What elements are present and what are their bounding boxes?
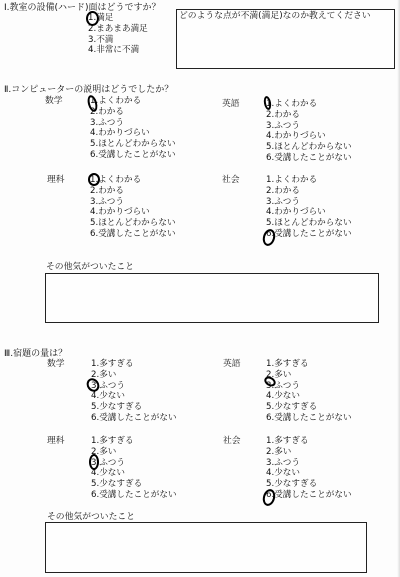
section1-comment-box[interactable]: どのような点が不満(満足)なのか教えてください — [176, 9, 395, 69]
section2-title: Ⅱ.コンピューターの説明はどうでしたか？ — [4, 85, 173, 96]
section3-social-options: 1.多すぎる 2.多い 3.ふつう 4.少ない 5.少なすぎる 6.受講したこと… — [266, 436, 352, 501]
subject-label: 理科 — [47, 436, 65, 447]
option[interactable]: 5.ほとんどわからない — [90, 218, 176, 229]
option[interactable]: 6.受講したことがない — [91, 413, 177, 424]
option[interactable]: 2.多い — [266, 447, 352, 458]
subject-label: 理科 — [47, 175, 65, 186]
option[interactable]: 6.受講したことがない — [90, 229, 176, 240]
section2-science-options: 1.よくわかる 2.わかる 3.ふつう 4.わかりづらい 5.ほとんどわからない… — [90, 175, 176, 240]
section3-math-options: 1.多すぎる 2.多い 3.ふつう 4.少ない 5.少なすぎる 6.受講したこと… — [91, 359, 177, 424]
subject-label: 社会 — [223, 436, 241, 447]
option[interactable]: 6.受講したことがない — [266, 153, 352, 164]
option[interactable]: 1.多すぎる — [91, 359, 177, 370]
section3-english-options: 1.多すぎる 2.多い 3.ふつう 4.少ない 5.少なすぎる 6.受講したこと… — [266, 359, 352, 424]
option[interactable]: 1.満足 — [88, 13, 148, 24]
option[interactable]: 4.少ない — [91, 391, 177, 402]
option[interactable]: 6.受講したことがない — [266, 490, 352, 501]
option[interactable]: 4.わかりづらい — [90, 128, 176, 139]
option[interactable]: 5.ほとんどわからない — [90, 139, 176, 150]
subject-label: 数学 — [47, 359, 65, 370]
option[interactable]: 1.よくわかる — [266, 99, 352, 110]
option[interactable]: 3.ふつう — [91, 458, 177, 469]
subject-label: 数学 — [45, 96, 63, 107]
option[interactable]: 5.少なすぎる — [266, 402, 352, 413]
option[interactable]: 3.ふつう — [266, 458, 352, 469]
option[interactable]: 2.わかる — [90, 107, 176, 118]
option[interactable]: 1.よくわかる — [266, 175, 352, 186]
option[interactable]: 2.わかる — [266, 110, 352, 121]
section3-notes-box[interactable] — [45, 522, 367, 573]
comment-box-label: どのような点が不満(満足)なのか教えてください — [177, 10, 394, 23]
option[interactable]: 6.受講したことがない — [91, 490, 177, 501]
option[interactable]: 2.多い — [91, 370, 177, 381]
option[interactable]: 5.ほとんどわからない — [266, 218, 352, 229]
option[interactable]: 2.多い — [266, 370, 352, 381]
section1-options: 1.満足 2.まあまあ満足 3.不満 4.非常に不満 — [88, 13, 148, 56]
option[interactable]: 3.ふつう — [266, 381, 352, 392]
section2-notes-label: その他気がついたこと — [46, 262, 134, 273]
option[interactable]: 6.受講したことがない — [90, 150, 176, 161]
section2-math-options: 1.よくわかる 2.わかる 3.ふつう 4.わかりづらい 5.ほとんどわからない… — [90, 96, 176, 161]
option[interactable]: 2.まあまあ満足 — [88, 24, 148, 35]
subject-label: 英語 — [223, 359, 241, 370]
option[interactable]: 6.受講したことがない — [266, 229, 352, 240]
option[interactable]: 5.少なすぎる — [91, 402, 177, 413]
option[interactable]: 5.少なすぎる — [91, 479, 177, 490]
option[interactable]: 4.わかりづらい — [266, 207, 352, 218]
option[interactable]: 3.不満 — [88, 35, 148, 46]
option[interactable]: 3.ふつう — [90, 197, 176, 208]
section2-notes-box[interactable] — [45, 273, 379, 323]
section2-social-options: 1.よくわかる 2.わかる 3.ふつう 4.わかりづらい 5.ほとんどわからない… — [266, 175, 352, 240]
option[interactable]: 4.わかりづらい — [266, 131, 352, 142]
option[interactable]: 2.わかる — [266, 186, 352, 197]
option[interactable]: 2.多い — [91, 447, 177, 458]
option[interactable]: 3.ふつう — [266, 121, 352, 132]
option[interactable]: 3.ふつう — [90, 118, 176, 129]
option[interactable]: 1.多すぎる — [266, 436, 352, 447]
option[interactable]: 1.よくわかる — [90, 96, 176, 107]
option[interactable]: 3.ふつう — [91, 381, 177, 392]
option[interactable]: 4.非常に不満 — [88, 45, 148, 56]
option[interactable]: 3.ふつう — [266, 197, 352, 208]
option[interactable]: 6.受講したことがない — [266, 413, 352, 424]
option[interactable]: 1.多すぎる — [91, 436, 177, 447]
option[interactable]: 1.多すぎる — [266, 359, 352, 370]
option[interactable]: 1.よくわかる — [90, 175, 176, 186]
option[interactable]: 4.少ない — [266, 468, 352, 479]
option[interactable]: 5.ほとんどわからない — [266, 142, 352, 153]
option[interactable]: 4.わかりづらい — [90, 207, 176, 218]
option[interactable]: 2.わかる — [90, 186, 176, 197]
section2-english-options: 1.よくわかる 2.わかる 3.ふつう 4.わかりづらい 5.ほとんどわからない… — [266, 99, 352, 164]
option[interactable]: 4.少ない — [266, 391, 352, 402]
option[interactable]: 5.少なすぎる — [266, 479, 352, 490]
subject-label: 英語 — [222, 99, 240, 110]
section3-science-options: 1.多すぎる 2.多い 3.ふつう 4.少ない 5.少なすぎる 6.受講したこと… — [91, 436, 177, 501]
subject-label: 社会 — [222, 175, 240, 186]
option[interactable]: 4.少ない — [91, 468, 177, 479]
